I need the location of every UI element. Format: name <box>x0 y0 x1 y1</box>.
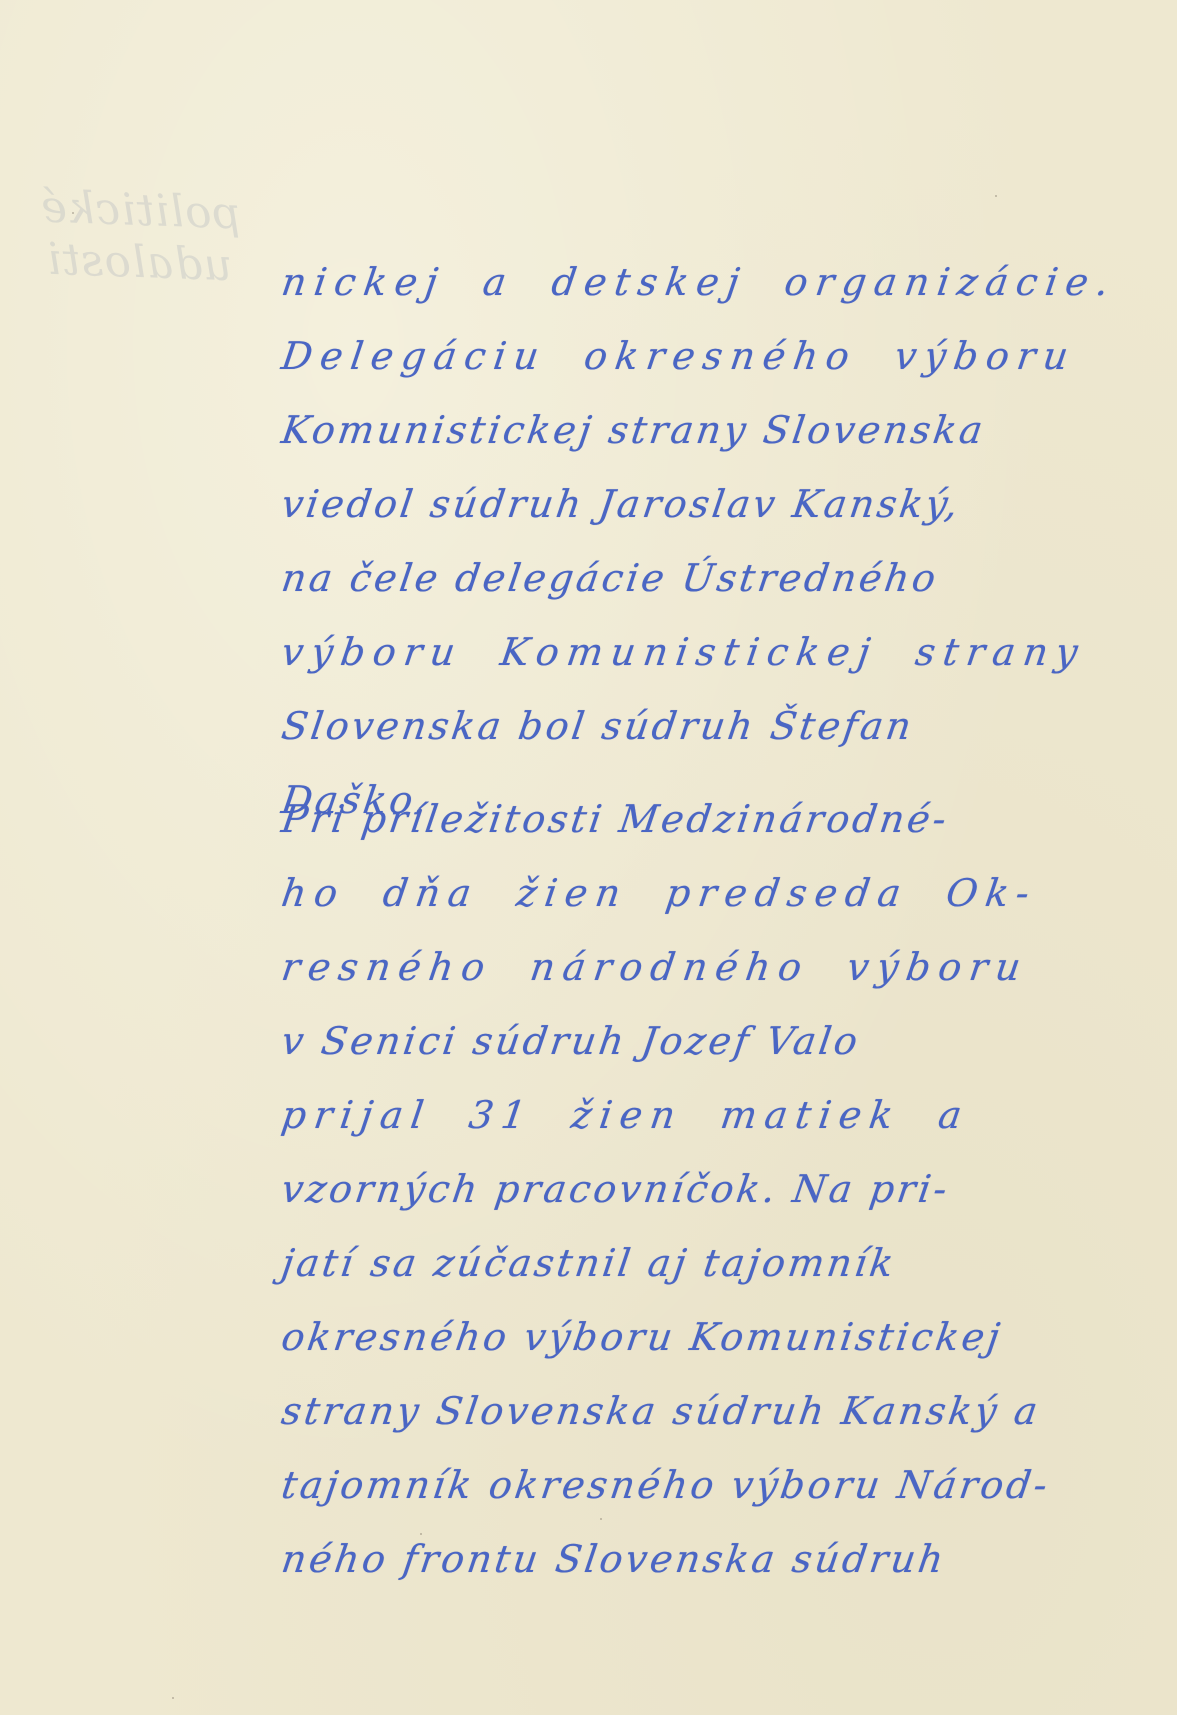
paragraph-delegations: nickej a detskej organizácie. Delegáciu … <box>282 245 1002 837</box>
handwritten-line: ho dňa žien predseda Ok- <box>277 856 1007 930</box>
handwritten-line: ného frontu Slovenska súdruh <box>277 1522 1007 1596</box>
handwritten-line: na čele delegácie Ústredného <box>277 541 1007 615</box>
handwritten-line: v Senici súdruh Jozef Valo <box>277 1004 1007 1078</box>
handwritten-line: okresného výboru Komunistickej <box>277 1300 1007 1374</box>
paper-speck <box>172 1697 174 1699</box>
margin-note-bleed-through: politické udalosti <box>38 182 242 293</box>
handwritten-line: výboru Komunistickej strany <box>277 615 1007 689</box>
handwritten-line: vzorných pracovníčok. Na pri- <box>277 1152 1007 1226</box>
handwritten-line: Delegáciu okresného výboru <box>277 319 1007 393</box>
paragraph-womens-day: Pri príležitosti Medzinárodné- ho dňa ži… <box>282 782 1002 1596</box>
paper-speck <box>600 1518 602 1520</box>
paper-speck <box>420 1533 422 1535</box>
handwritten-line: tajomník okresného výboru Národ- <box>277 1448 1007 1522</box>
handwritten-line: Slovenska bol súdruh Štefan <box>277 689 1007 763</box>
paper-speck <box>72 212 74 214</box>
document-page: politické udalosti nickej a detskej orga… <box>0 0 1177 1715</box>
handwritten-line: Pri príležitosti Medzinárodné- <box>277 782 1007 856</box>
margin-note-line: udalosti <box>38 234 240 293</box>
handwritten-line: viedol súdruh Jaroslav Kanský, <box>277 467 1007 541</box>
margin-note-line: politické <box>40 182 242 241</box>
handwritten-line: resného národného výboru <box>277 930 1007 1004</box>
handwritten-line: strany Slovenska súdruh Kanský a <box>277 1374 1007 1448</box>
handwritten-line: Komunistickej strany Slovenska <box>277 393 1007 467</box>
handwritten-line: prijal 31 žien matiek a <box>277 1078 1007 1152</box>
handwritten-line: nickej a detskej organizácie. <box>277 245 1007 319</box>
paper-speck <box>995 195 997 197</box>
handwritten-line: jatí sa zúčastnil aj tajomník <box>277 1226 1007 1300</box>
